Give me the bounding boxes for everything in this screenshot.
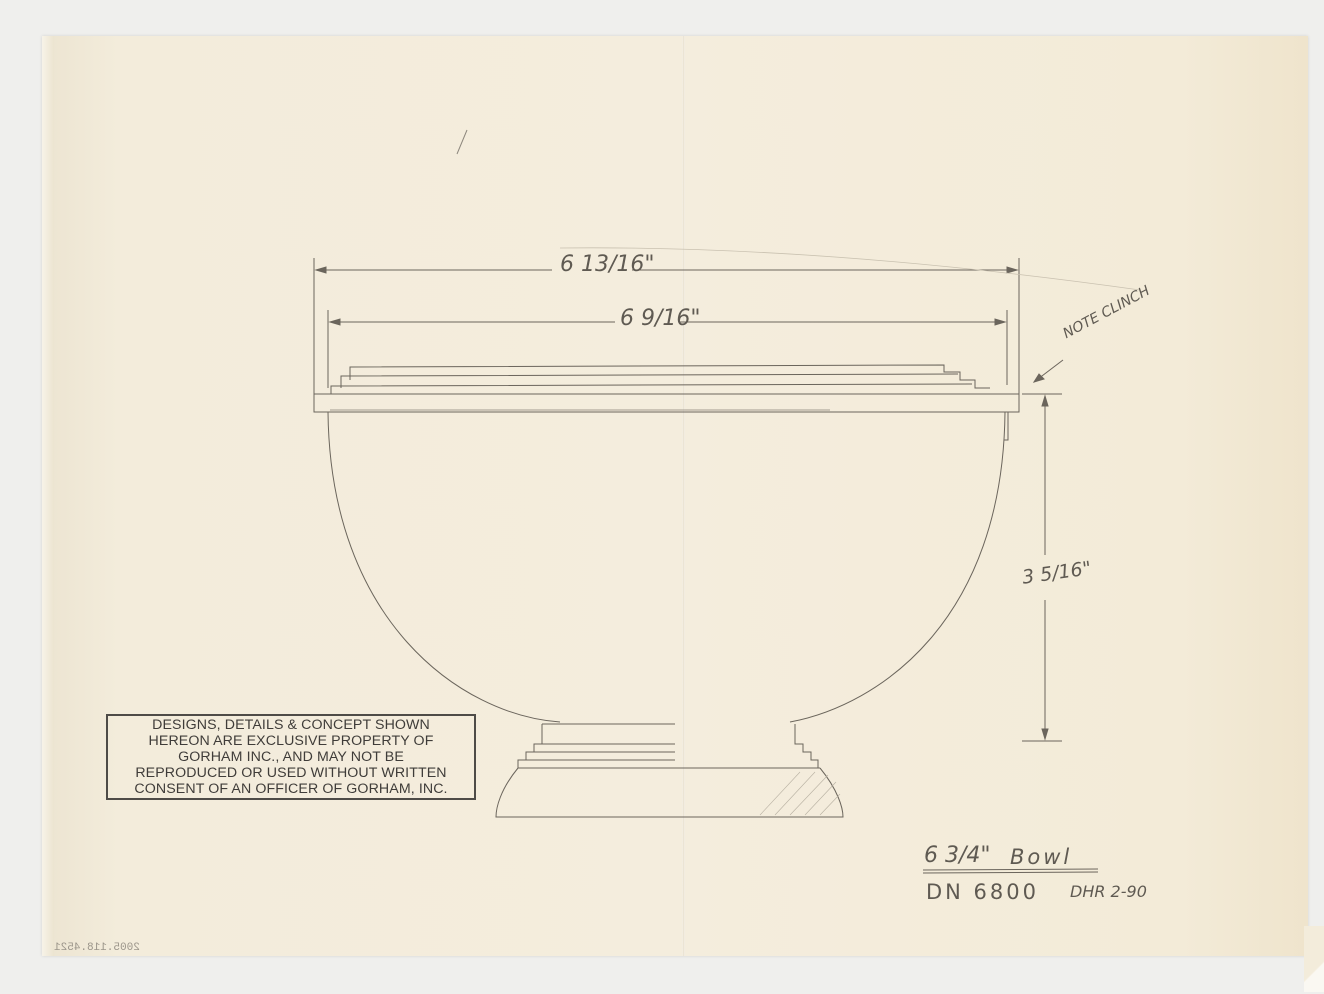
bowl-left-contour xyxy=(328,412,560,722)
bowl-right-contour xyxy=(790,412,1005,722)
stamp-line: GORHAM INC., AND MAY NOT BE xyxy=(178,749,404,765)
initials-date: DHR 2-90 xyxy=(1070,882,1147,901)
title-size: 6 3/4" xyxy=(924,843,991,868)
overall-width-dimension-line xyxy=(316,267,1017,273)
note-arrow xyxy=(1034,360,1063,382)
copyright-stamp: DESIGNS, DETAILS & CONCEPT SHOWN HEREON … xyxy=(106,714,476,800)
bowl-elevation-drawing xyxy=(0,0,1324,994)
stamp-line: REPRODUCED OR USED WITHOUT WRITTEN xyxy=(135,765,446,781)
rim-width-label: 6 9/16" xyxy=(620,306,701,331)
stamp-line: HEREON ARE EXCLUSIVE PROPERTY OF xyxy=(149,733,434,749)
title-word: Bowl xyxy=(1010,845,1072,869)
lid xyxy=(314,365,1019,440)
overall-width-label: 6 13/16" xyxy=(560,252,655,277)
foot xyxy=(496,724,843,817)
accession-number: 2005.118.4521 xyxy=(54,942,140,954)
title-underline xyxy=(923,869,1098,870)
stamp-line: CONSENT OF AN OFFICER OF GORHAM, INC. xyxy=(134,781,447,797)
stamp-line: DESIGNS, DETAILS & CONCEPT SHOWN xyxy=(152,717,430,733)
design-number: DN 6800 xyxy=(926,880,1039,904)
